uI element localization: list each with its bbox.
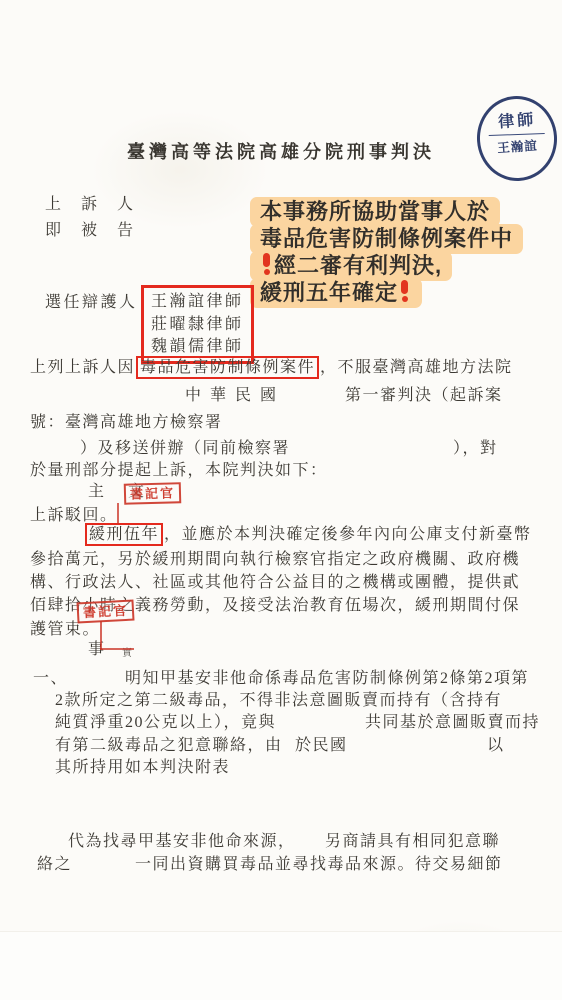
body-line-15: 2款所定之第二級毒品，不得非法意圖販賣而持有（含持有 [55,690,502,712]
exclamation-icon [262,253,272,275]
body-line-1: 上列上訴人因毒品危害防制條例案件，不服臺灣高雄地方法院 [30,357,513,379]
defense-name-1: 王瀚誼律師 [151,291,244,314]
body-line-9: 參拾萬元，另於緩刑期間向執行檢察官指定之政府機關、政府機 [30,549,520,571]
body-line-facts-heading: 事 [88,639,108,661]
annotation-text-4: 緩刑五年確定 [260,280,398,305]
body-text: 上列上訴人因 [30,359,135,376]
body-line-3: 號：臺灣高雄地方檢察署 [30,412,223,434]
body-line-16b: 共同基於意圖販賣而持 [365,712,540,734]
seal-title-text: 律師 [478,105,553,133]
body-line-14-num: 一、 [33,668,68,690]
defense-names-highlight-box: 王瀚誼律師 莊曜隸律師 魏韻儒律師 [141,285,254,364]
page-bottom-edge [0,931,562,1000]
annotation-line-2: 毒品危害防制條例案件中 [250,224,523,254]
body-line-2b: 第一審判決（起訴案 [345,385,503,407]
body-line-19a: 代為找尋甲基安非他命來源， [68,831,296,853]
stamp-ink-line [100,621,102,650]
body-text: ，並應於本判決確定後參年內向公庫支付新臺幣 [164,526,532,543]
defense-label: 選任辯護人 [45,292,138,314]
body-line-16a: 純質淨重20公克以上），竟與 [55,712,276,734]
body-line-18: 其所持用如本判決附表 [55,757,230,779]
clerk-stamp: 書記官 [76,600,134,624]
body-line-17a: 有第二級毒品之犯意聯絡，由 [55,735,283,757]
exclamation-icon [400,280,410,302]
stamp-ink-line [100,648,134,650]
annotation-text-3: 經二審有利判決, [274,253,442,278]
body-text: ，不服臺灣高雄地方法院 [320,359,513,376]
body-line-19b: 另商請具有相同犯意聯 [325,831,500,853]
annotation-line-3: 經二審有利判決, [250,251,452,281]
scanned-judgment-page: 律師 王瀚誼 臺灣高等法院高雄分院刑事判決 上 訴 人 即 被 告 本事務所協助… [0,0,562,1000]
case-type-highlight-box: 毒品危害防制條例案件 [136,356,319,379]
body-line-10: 構、行政法人、社區或其他符合公益目的之機構或團體，提供貳 [30,572,520,594]
annotation-text-2: 毒品危害防制條例案件中 [260,226,513,251]
defense-name-2: 莊曜隸律師 [151,314,244,337]
body-line-4b: ），對 [453,438,498,460]
body-line-8: 緩刑伍年，並應於本判決確定後參年內向公庫支付新臺幣 [84,524,532,546]
stamp-ink-line [117,503,119,524]
body-line-17c: 以 [487,735,505,757]
body-line-5: 於量刑部分提起上訴，本院判決如下： [30,460,328,482]
body-line-14: 明知甲基安非他命係毒品危害防制條例第2條第2項第 [125,668,529,690]
party-appellant: 上 訴 人 [45,194,135,216]
annotation-line-4: 緩刑五年確定 [250,278,422,308]
probation-highlight-box: 緩刑伍年 [85,523,163,546]
clerk-stamp: 書記官 [124,482,182,504]
facts-small-glyph: 實 [122,644,132,659]
body-line-17b: 於民國 [295,735,348,757]
body-line-4a: ）及移送併辦（同前檢察署 [80,438,290,460]
document-title: 臺灣高等法院高雄分院刑事判決 [0,138,562,164]
body-line-20b: 一同出資購買毒品並尋找毒品來源。待交易細節 [135,854,503,876]
body-line-2a: 中華民國 [185,385,285,407]
body-line-20a: 絡之 [37,854,72,876]
annotation-text-1: 本事務所協助當事人於 [260,199,490,224]
party-defendant: 即 被 告 [45,220,135,242]
annotation-line-1: 本事務所協助當事人於 [250,197,500,227]
